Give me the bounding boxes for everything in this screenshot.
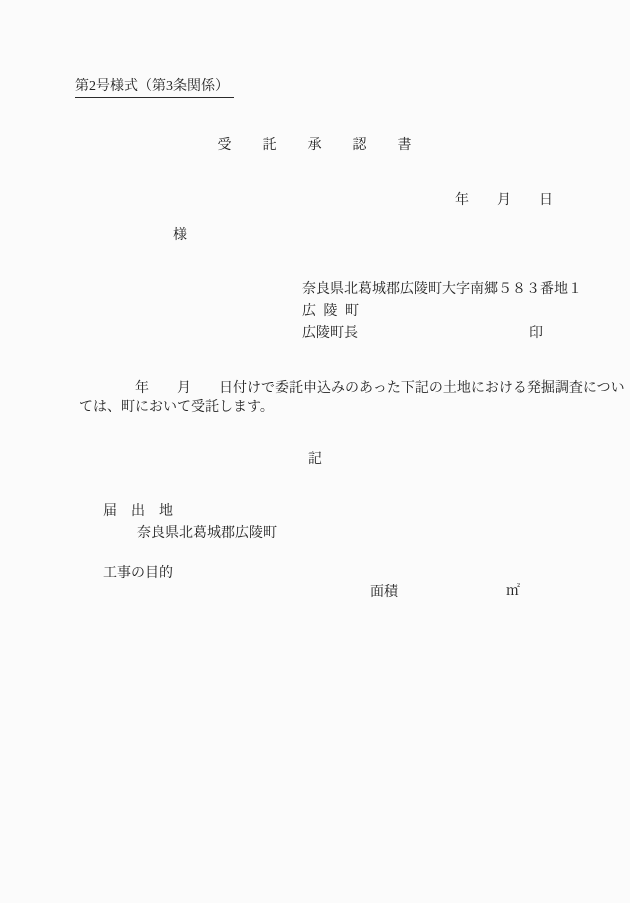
document-title: 受 託 承 認 書 [0,139,630,153]
work-purpose-label: 工事の目的 [103,567,173,581]
sender-address: 奈良県北葛城郡広陵町大字南郷５８３番地１ [302,283,582,297]
form-number: 第2号様式（第3条関係） [75,80,234,98]
report-location-value: 奈良県北葛城郡広陵町 [137,527,277,541]
area-unit: ㎡ [506,585,520,599]
record-heading: 記 [0,453,630,467]
addressee-suffix: 様 [173,229,187,243]
seal-mark: 印 [529,327,543,341]
report-location-label: 届 出 地 [103,505,173,519]
body-paragraph-line1: 年 月 日付けで委託申込みのあった下記の土地における発掘調査につい [135,382,625,396]
sender-signer-title: 広陵町長 [302,327,358,341]
date-line: 年 月 日 [455,194,553,208]
document-page: 第2号様式（第3条関係） 受 託 承 認 書 年 月 日 様 奈良県北葛城郡広陵… [0,0,630,903]
area-label: 面積 [370,586,398,600]
body-paragraph-line2: ては、町において受託します。 [79,401,274,415]
sender-municipality: 広 陵 町 [302,305,361,319]
